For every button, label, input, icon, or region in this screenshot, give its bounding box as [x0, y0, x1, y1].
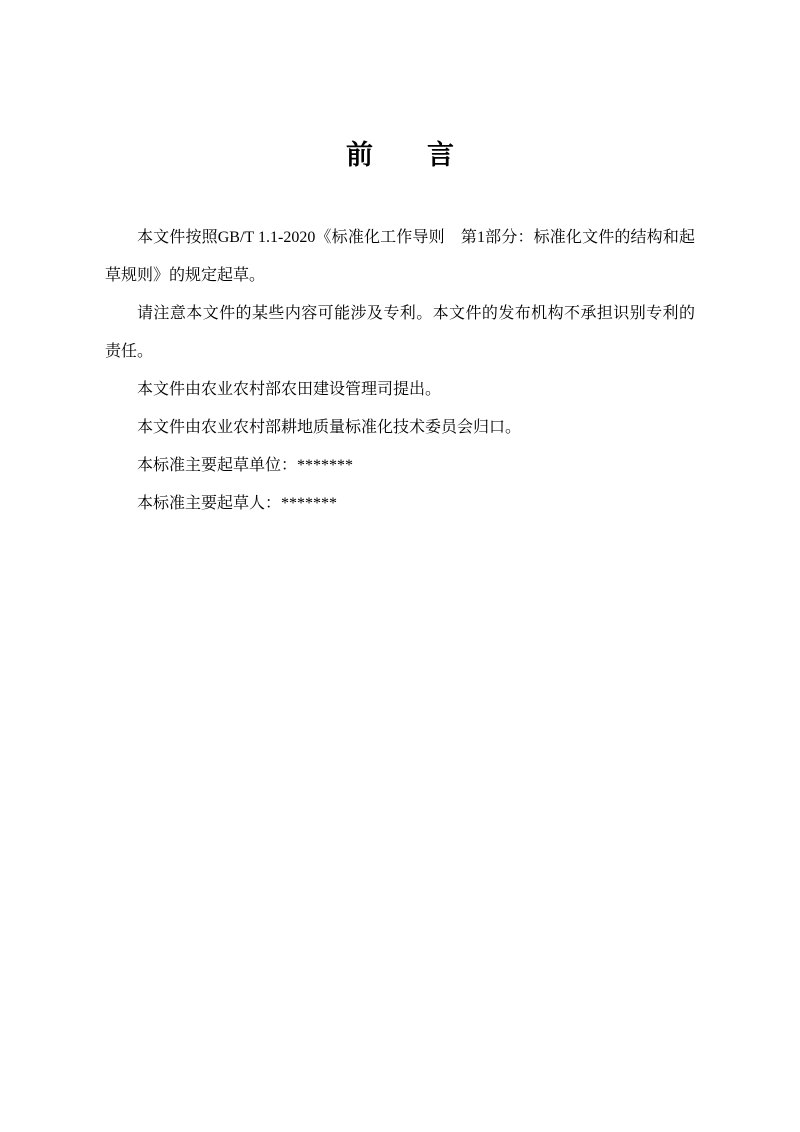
paragraph-drafters: 本标准主要起草人：*******	[105, 485, 695, 523]
paragraph-patent-notice: 请注意本文件的某些内容可能涉及专利。本文件的发布机构不承担识别专利的责任。	[105, 295, 695, 371]
document-page: 前 言 本文件按照GB/T 1.1-2020《标准化工作导则 第1部分：标准化文…	[0, 0, 800, 1132]
paragraph-proposed-by: 本文件由农业农村部农田建设管理司提出。	[105, 371, 695, 409]
foreword-body: 本文件按照GB/T 1.1-2020《标准化工作导则 第1部分：标准化文件的结构…	[105, 169, 695, 523]
paragraph-centralized-by: 本文件由农业农村部耕地质量标准化技术委员会归口。	[105, 409, 695, 447]
paragraph-drafting-units: 本标准主要起草单位：*******	[105, 447, 695, 485]
paragraph-drafting-rule: 本文件按照GB/T 1.1-2020《标准化工作导则 第1部分：标准化文件的结构…	[105, 219, 695, 295]
foreword-title: 前 言	[0, 0, 800, 169]
